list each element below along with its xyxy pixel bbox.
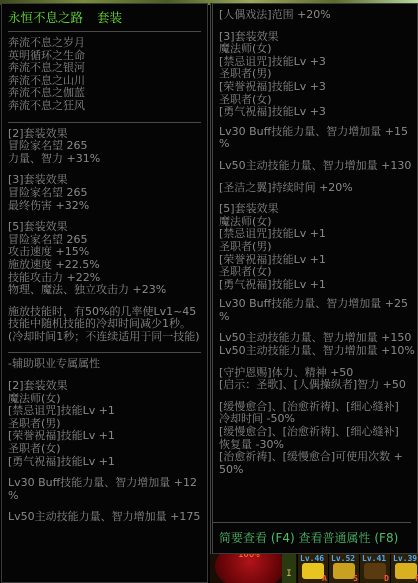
- skill-slot-f[interactable]: Lv.39 F: [390, 554, 418, 583]
- set-effect-3: [3]套装效果 冒险家名望 265 最终伤害 +32%: [8, 174, 207, 212]
- game-hud: 100% I Lv.46 A Lv.52 S Lv.41 D Lv.39 F: [210, 554, 418, 583]
- skill-hotkey: S: [353, 574, 358, 583]
- set-type-label: 套装: [97, 10, 122, 25]
- range-effect: [人偶戏法]范围 +20%: [219, 9, 413, 22]
- set-item: 奔流不息之银河: [8, 62, 207, 75]
- divider: [8, 352, 201, 353]
- skill-icon: [364, 563, 386, 579]
- set5-active-lines: Lv50主动技能力量、智力增加量 +150 Lv50主动技能力量、智力增加量 +…: [219, 332, 413, 357]
- effect-heading: [2]套装效果: [8, 380, 207, 393]
- effect-line: 冒险家名望 265: [8, 187, 207, 200]
- class-label: 圣职者(女): [219, 266, 413, 279]
- effect-line: [勇气祝福]技能Lv +3: [219, 106, 413, 119]
- effect-line: Lv50主动技能力量、智力增加量 +175: [8, 511, 207, 524]
- effect-line: 施放速度 +22.5%: [8, 259, 207, 272]
- skill-level: Lv.41: [362, 554, 386, 563]
- effect-line: [启示：圣歌]、[人偶操纵者]智力 +50: [219, 379, 413, 392]
- set-tooltip-right: [人偶戏法]范围 +20% [3]套装效果 魔法师(女) [禁忌诅咒]技能Lv …: [210, 3, 418, 554]
- set-effect-5: [5]套装效果 冒险家名望 265 攻击速度 +15% 施放速度 +22.5% …: [8, 221, 207, 297]
- effect-line: 最终伤害 +32%: [8, 200, 207, 213]
- support-section-title: -辅助职业专属属性: [8, 358, 207, 371]
- set3-buff-line: Lv30 Buff技能力量、智力增加量 +15 %: [219, 126, 413, 151]
- divider: [8, 122, 201, 123]
- skill-icon: [302, 563, 324, 579]
- effect-line: 物理、魔法、独立攻击力 +23%: [8, 284, 207, 297]
- set3-active-line: Lv50主动技能力量、智力增加量 +130: [219, 160, 413, 173]
- effect-line: Lv50主动技能力量、智力增加量 +130: [219, 160, 413, 173]
- effect-line: [治愈祈祷]、[缓慢愈合]可使用次数 +: [219, 451, 413, 464]
- special-effect-text: 施放技能时，有50%的几率使Lv1~45技能中随机技能的冷却时间减少1秒。(冷却…: [8, 306, 207, 344]
- normal-attributes-link[interactable]: 查看普通属性 (F8): [299, 531, 399, 545]
- effect-line: %: [219, 138, 413, 151]
- quick-slot-i[interactable]: I: [282, 554, 296, 583]
- support-set-effect-2: [2]套装效果 魔法师(女) [禁忌诅咒]技能Lv +1 圣职者(男) [荣誉祝…: [8, 380, 207, 468]
- support-header: -辅助职业专属属性: [8, 358, 207, 371]
- effect-line: Lv50主动技能力量、智力增加量 +10%: [219, 345, 413, 358]
- skill-hotkey: D: [384, 574, 389, 583]
- skill-icon: [333, 563, 355, 579]
- effect-line: [人偶戏法]范围 +20%: [219, 9, 413, 22]
- class-label: 圣职者(男): [219, 241, 413, 254]
- effect-line: [勇气祝福]技能Lv +1: [219, 279, 413, 292]
- effect-line: %: [219, 311, 413, 324]
- set-effect-5-special: 施放技能时，有50%的几率使Lv1~45技能中随机技能的冷却时间减少1秒。(冷却…: [8, 306, 207, 344]
- class-label: 魔法师(女): [219, 43, 413, 56]
- effect-line: [圣洁之翼]持续时间 +20%: [219, 182, 413, 195]
- effect-line: [缓慢愈合]、[治愈祈祷]、[细心缝补]: [219, 426, 413, 439]
- effect-line: 力量、智力 +31%: [8, 153, 207, 166]
- effect-heading: [5]套装效果: [219, 203, 413, 216]
- set5-heal-lines: [缓慢愈合]、[治愈祈祷]、[细心缝补] 冷却时间 -50% [缓慢愈合]、[治…: [219, 401, 413, 477]
- set-item: 奔流不息之狂风: [8, 100, 207, 113]
- skill-level: Lv.52: [331, 554, 355, 563]
- skill-slot-s[interactable]: Lv.52 S: [328, 554, 359, 583]
- skill-hotkey: A: [322, 574, 327, 583]
- set-item: 奔流不息之岁月: [8, 37, 207, 50]
- set3-wings-line: [圣洁之翼]持续时间 +20%: [219, 182, 413, 195]
- effect-line: Lv30 Buff技能力量、智力增加量 +12: [8, 477, 207, 490]
- divider: [8, 31, 201, 32]
- skill-level: Lv.39: [393, 554, 417, 563]
- effect-line: Lv30 Buff技能力量、智力增加量 +15: [219, 126, 413, 139]
- support-buff-line: Lv30 Buff技能力量、智力增加量 +12 %: [8, 477, 207, 502]
- effect-line: %: [8, 490, 207, 503]
- effect-line: [勇气祝福]技能Lv +1: [8, 456, 207, 469]
- support-set-effect-3: [3]套装效果 魔法师(女) [禁忌诅咒]技能Lv +3 圣职者(男) [荣誉祝…: [219, 31, 413, 119]
- class-label: 圣职者(女): [8, 443, 207, 456]
- set5-stat-lines: [守护恩赐]体力、精神 +50 [启示：圣歌]、[人偶操纵者]智力 +50: [219, 367, 413, 392]
- skill-icon: [395, 563, 417, 579]
- skill-level: Lv.46: [300, 554, 324, 563]
- support-active-line: Lv50主动技能力量、智力增加量 +175: [8, 511, 207, 524]
- set-tooltip-left: 永恒不息之路套装 奔流不息之岁月 英明循环之生命 奔流不息之银河 奔流不息之山川…: [1, 3, 208, 583]
- effect-line: Lv30 Buff技能力量、智力增加量 +25: [219, 298, 413, 311]
- set5-buff-line: Lv30 Buff技能力量、智力增加量 +25 %: [219, 298, 413, 323]
- tooltip-footer: 简要查看 (F4) 查看普通属性 (F8): [213, 522, 411, 553]
- set-title: 永恒不息之路套装: [8, 10, 207, 26]
- brief-view-link[interactable]: 简要查看 (F4): [219, 531, 295, 545]
- support-set-effect-5: [5]套装效果 魔法师(女) [禁忌诅咒]技能Lv +1 圣职者(男) [荣誉祝…: [219, 203, 413, 291]
- effect-line: [荣誉祝福]技能Lv +3: [219, 81, 413, 94]
- slot-key-label: I: [286, 569, 291, 579]
- set-name: 永恒不息之路: [8, 10, 83, 25]
- skill-slot-d[interactable]: Lv.41 D: [359, 554, 390, 583]
- effect-heading: [5]套装效果: [8, 221, 207, 234]
- effect-line: [禁忌诅咒]技能Lv +1: [8, 405, 207, 418]
- skill-slot-a[interactable]: Lv.46 A: [297, 554, 328, 583]
- effect-line: 冒险家名望 265: [8, 140, 207, 153]
- set-effect-2: [2]套装效果 冒险家名望 265 力量、智力 +31%: [8, 128, 207, 166]
- effect-line: 50%: [219, 464, 413, 477]
- hp-percent: 100%: [238, 554, 260, 560]
- set-item-list: 奔流不息之岁月 英明循环之生命 奔流不息之银河 奔流不息之山川 奔流不息之伽蓝 …: [8, 37, 207, 113]
